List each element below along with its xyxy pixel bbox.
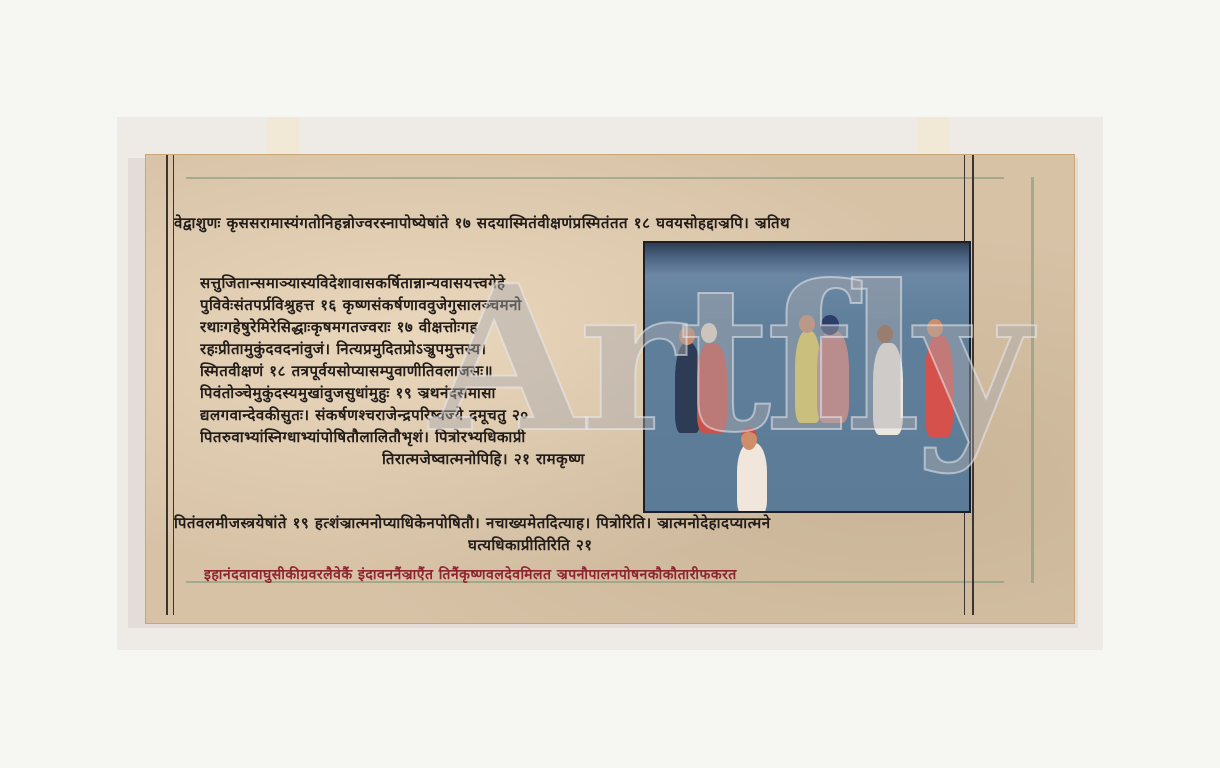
text-line-top: वेद्वाशुणः कृससरामास्यंगतोनिहन्नोज्वरस्न… [174,213,974,233]
text-line-bottom-2: घत्यधिकाप्रीतिरिति २१ [468,535,768,555]
watermark-text: Artfly [430,260,1025,460]
text-line-bottom-1: पितंवलमीजस्त्रयेषांते १९ हत्शंञ्रात्मनोप… [174,513,974,533]
margin-rule-left-1 [166,155,168,615]
hinge-tape-right [918,117,950,155]
rubric-line: इहानंदवावाघुसीकीग्रवरलैवेकैं इंदावननैंञ्… [204,565,904,584]
border-band-top [186,177,1004,179]
border-band-right [1031,177,1034,583]
hinge-tape-left [267,117,299,155]
